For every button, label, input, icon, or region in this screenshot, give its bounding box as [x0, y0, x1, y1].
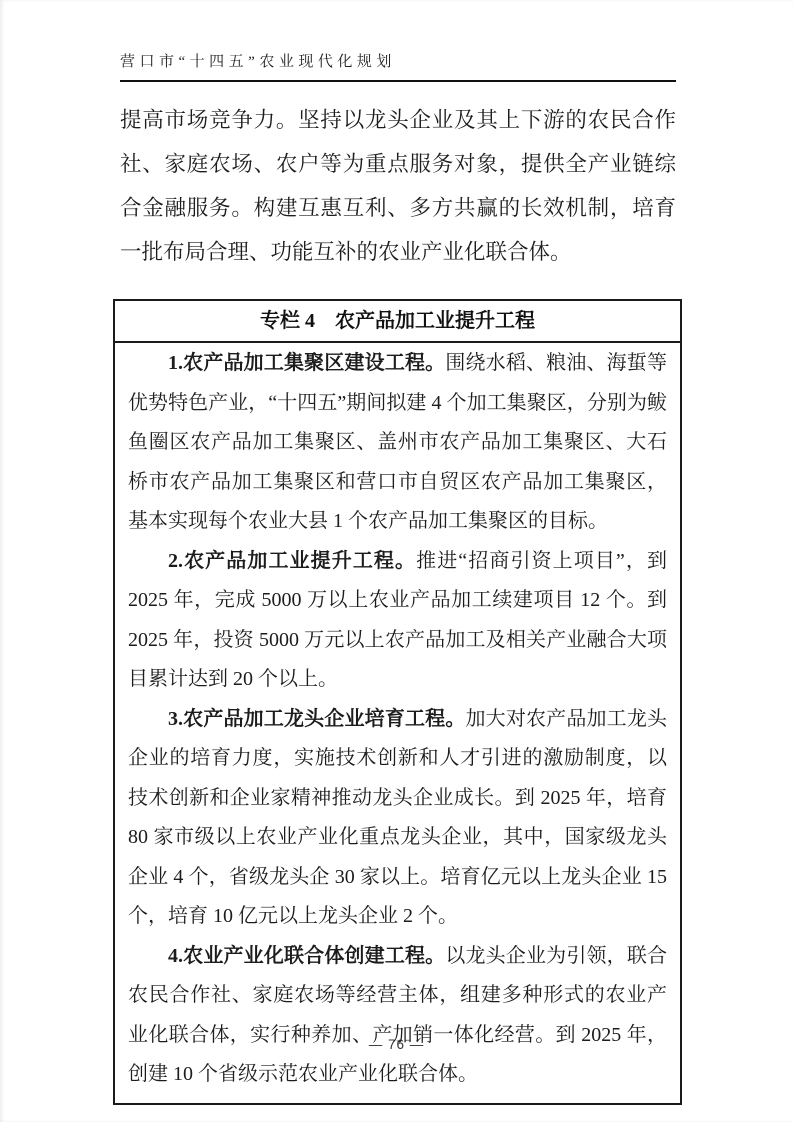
- box-item-body: 加大对农产品加工龙头企业的培育力度，实施技术创新和人才引进的激励制度，以技术创新…: [128, 708, 667, 928]
- feature-box: 专栏 4 农产品加工业提升工程 1.农产品加工集聚区建设工程。围绕水稻、粮油、海…: [113, 299, 682, 1105]
- box-item-body: 围绕水稻、粮油、海蜇等优势特色产业，“十四五”期间拟建 4 个加工集聚区，分别为…: [128, 352, 667, 532]
- document-page: 营口市“十四五”农业现代化规划 提高市场竞争力。坚持以龙头企业及其上下游的农民合…: [0, 0, 793, 1122]
- page-number: — 76 —: [369, 1037, 425, 1052]
- box-item: 4.农业产业化联合体创建工程。以龙头企业为引领，联合农民合作社、家庭农场等经营主…: [128, 937, 667, 1095]
- box-item-lead: 1.农产品加工集聚区建设工程。: [168, 352, 445, 374]
- running-header-title: 营口市“十四五”农业现代化规划: [120, 54, 396, 70]
- box-item-lead: 3.农产品加工龙头企业培育工程。: [168, 708, 466, 730]
- intro-paragraph: 提高市场竞争力。坚持以龙头企业及其上下游的农民合作社、家庭农场、农户等为重点服务…: [120, 98, 676, 274]
- box-item-lead: 4.农业产业化联合体创建工程。: [168, 945, 445, 967]
- box-item: 2.农产品加工业提升工程。推进“招商引资上项目”，到 2025 年，完成 500…: [128, 542, 667, 700]
- box-item: 1.农产品加工集聚区建设工程。围绕水稻、粮油、海蜇等优势特色产业，“十四五”期间…: [128, 344, 667, 542]
- running-header: 营口市“十四五”农业现代化规划: [120, 50, 676, 82]
- box-item: 3.农产品加工龙头企业培育工程。加大对农产品加工龙头企业的培育力度，实施技术创新…: [128, 700, 667, 937]
- box-item-lead: 2.农产品加工业提升工程。: [168, 550, 416, 572]
- box-title: 专栏 4 农产品加工业提升工程: [115, 301, 680, 343]
- page-footer: — 76 —: [0, 1036, 793, 1054]
- box-body: 1.农产品加工集聚区建设工程。围绕水稻、粮油、海蜇等优势特色产业，“十四五”期间…: [115, 343, 680, 1103]
